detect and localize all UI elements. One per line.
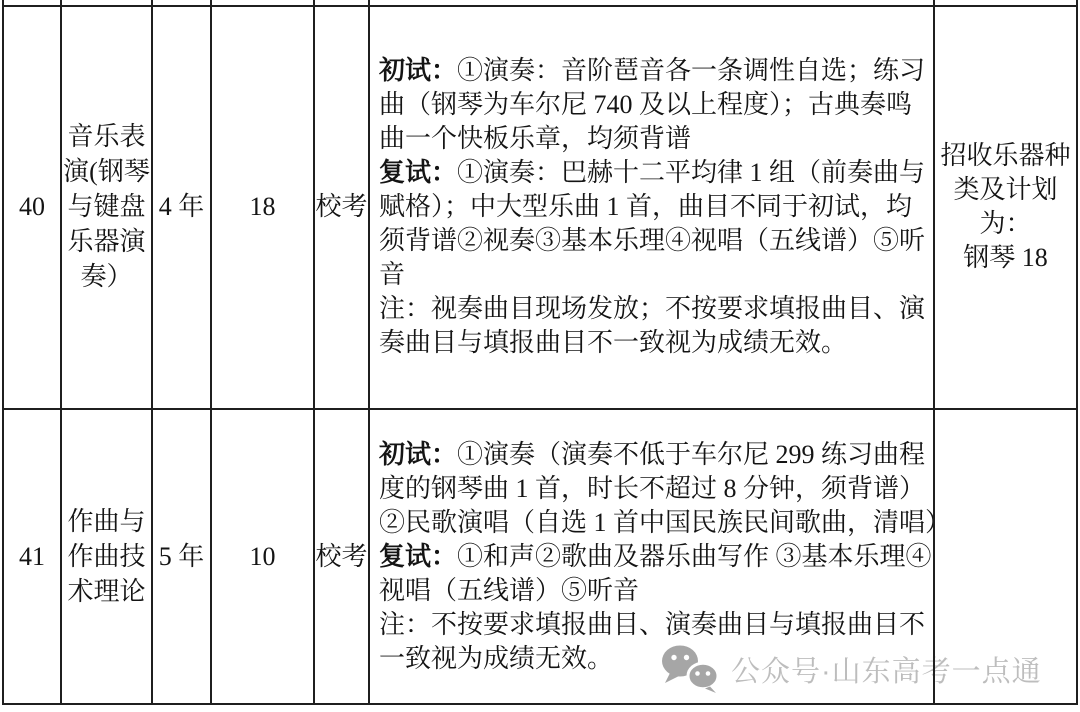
detail-line: 曲一个快板乐章，均须背谱: [379, 122, 691, 156]
detail-line: 注：不按要求填报曲目、演奏曲目与填报曲目不: [379, 608, 925, 642]
major-line: 作曲与: [67, 504, 145, 539]
detail-line: 初试：①演奏：音阶琶音各一条调性自选；练习: [379, 54, 925, 88]
table-border-right: [1076, 0, 1078, 705]
table-column-divider: [151, 0, 153, 705]
detail-line: 须背谱②视奏③基本乐理④视唱（五线谱）⑤听: [379, 224, 925, 258]
cell-row41-exam-type: 校考: [315, 410, 368, 703]
table-column-divider: [933, 0, 935, 705]
cell-row40-major: 音乐表 演(钢琴 与键盘 乐器演 奏）: [62, 7, 151, 406]
table-row-divider: [2, 408, 1078, 410]
watermark: 公众号·山东高考一点通: [661, 644, 1042, 694]
table-border-bottom: [2, 703, 1078, 705]
major-line: 乐器演: [67, 224, 145, 259]
note-line: 钢琴 18: [963, 241, 1048, 275]
detail-line: 注：视奏曲目现场发放；不按要求填报曲目、演: [379, 292, 925, 326]
major-line: 与键盘: [67, 189, 145, 224]
cell-row41-quota: 10: [212, 410, 313, 703]
note-line: 类及计划: [953, 173, 1057, 207]
wechat-icon: [661, 644, 720, 694]
detail-line: ②民歌演唱（自选 1 首中国民族民间歌曲，清唱）: [379, 506, 951, 540]
major-line: 音乐表: [67, 119, 145, 154]
table-column-divider: [210, 0, 212, 705]
note-line: 招收乐器种: [940, 139, 1070, 173]
detail-line: 视唱（五线谱）⑤听音: [379, 574, 639, 608]
detail-line: 曲（钢琴为车尔尼 740 及以上程度）；古典奏鸣: [379, 88, 912, 122]
detail-line: 赋格）；中大型乐曲 1 首，曲目不同于初试，均: [379, 190, 912, 224]
cell-row41-major: 作曲与 作曲技 术理论: [62, 410, 151, 703]
cell-row40-number: 40: [4, 7, 60, 406]
table-column-divider: [368, 0, 370, 705]
major-line: 作曲技: [67, 539, 145, 574]
major-line: 术理论: [67, 574, 145, 609]
cell-row40-exam-type: 校考: [315, 7, 368, 406]
detail-line: 初试：①演奏（演奏不低于车尔尼 299 练习曲程: [379, 438, 925, 472]
table-column-divider: [60, 0, 62, 705]
cell-row40-note: 招收乐器种 类及计划 为： 钢琴 18: [935, 7, 1076, 406]
detail-line: 一致视为成绩无效。: [379, 642, 613, 676]
note-line: 为：: [979, 207, 1031, 241]
major-line: 奏）: [80, 259, 132, 294]
table-border-top: [2, 5, 1078, 7]
admissions-table-page: 公众号·山东高考一点通 40 音乐表 演(钢琴 与键盘 乐器演 奏） 4 年 1…: [0, 0, 1080, 712]
detail-line: 复试：①演奏：巴赫十二平均律 1 组（前奏曲与: [379, 156, 925, 190]
detail-line: 复试：①和声②歌曲及器乐曲写作 ③基本乐理④: [379, 540, 932, 574]
detail-line: 度的钢琴曲 1 首，时长不超过 8 分钟，须背谱）: [379, 472, 925, 506]
cell-row40-details: 初试：①演奏：音阶琶音各一条调性自选；练习 曲（钢琴为车尔尼 740 及以上程度…: [370, 7, 933, 406]
cell-row40-quota: 18: [212, 7, 313, 406]
table-border-left: [2, 0, 4, 705]
cell-row41-duration: 5 年: [153, 410, 210, 703]
detail-line: 音: [379, 258, 405, 292]
major-line: 演(钢琴: [63, 154, 150, 189]
detail-line: 奏曲目与填报曲目不一致视为成绩无效。: [379, 326, 847, 360]
cell-row41-number: 41: [4, 410, 60, 703]
cell-row40-duration: 4 年: [153, 7, 210, 406]
table-column-divider: [313, 0, 315, 705]
watermark-text: 公众号·山东高考一点通: [731, 649, 1042, 690]
